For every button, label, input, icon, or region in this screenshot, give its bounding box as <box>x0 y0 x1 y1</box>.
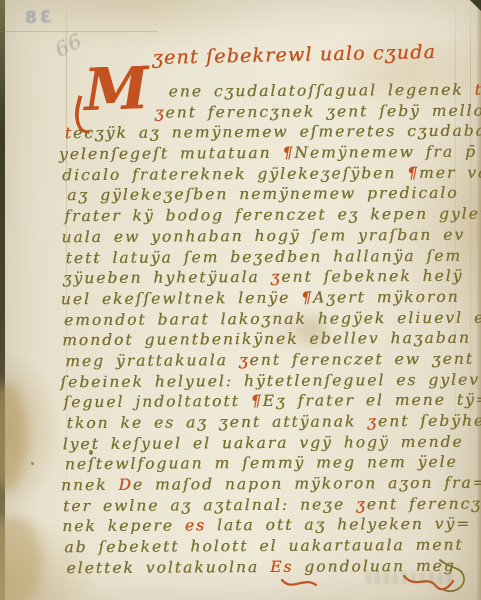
rubric-title: ʒent ſebekrewl ualo cʒuda <box>152 41 436 69</box>
text-line: mondot guentbenikÿnek ebellev haʒaban <box>62 329 460 352</box>
red-accent: ʒ <box>271 268 282 286</box>
text-line: neſtewlfoguan m ſemmÿ meg nem ÿele <box>65 453 461 476</box>
text-line: ſebeinek helyuel: hÿtetlenſeguel es gyle… <box>60 370 460 393</box>
ink-speck <box>31 462 34 465</box>
text-line: dicalo fratereknek gÿlekeʒeſÿben ¶mer va… <box>62 164 459 187</box>
bleed-through-ghost-text <box>366 572 452 584</box>
ruling-line <box>0 31 158 32</box>
text-line: nek kepere es lata ott aʒ helyeken vÿ= <box>62 515 461 538</box>
text-line: tecʒÿk aʒ nemÿnemew eſmeretes cʒudaban <box>65 122 459 145</box>
red-accent: D <box>118 476 133 494</box>
red-accent: ¶ <box>282 144 294 162</box>
page-left-edge <box>0 0 5 600</box>
stain <box>0 382 26 490</box>
text-line: tett latuÿa ſem beʒedben hallanÿa ſem <box>65 246 459 269</box>
text-line: uel ekeſſewltnek lenÿe ¶Aʒert mÿkoron <box>61 288 460 311</box>
red-accent: ʒ <box>239 351 250 369</box>
text-line: frater kÿ bodog ferenczet eʒ kepen gylew… <box>64 205 459 228</box>
text-line: ʒÿueben hyhetÿuala ʒent ſebeknek helÿ <box>63 267 460 290</box>
red-accent: ttes <box>475 80 481 98</box>
text-line: emondot barat lakoʒnak hegÿek eliuevl eʒ <box>64 308 460 331</box>
text-line: ter ewlne aʒ aʒtalnal: neʒe ʒent ferencʒ <box>63 495 461 518</box>
stamped-folio-number: 38 <box>22 7 52 28</box>
stain <box>0 516 42 600</box>
red-accent: ¶ <box>251 392 263 410</box>
red-accent: es <box>185 517 206 535</box>
text-line: nnek De maſod napon mÿkoron aʒon fra= <box>61 474 461 497</box>
text-line: uala ew yonhaban hogÿ ſem yraſban ev <box>61 226 459 249</box>
pencil-folio-number: 66 <box>51 28 86 62</box>
red-accent: ¶ <box>407 164 419 182</box>
red-accent: ʒ <box>155 103 166 121</box>
red-accent: ¶ <box>301 289 313 307</box>
red-accent: t <box>65 125 73 143</box>
manuscript-page: 38 66 ʒent ſebekrewl ualo cʒuda M ene cʒ… <box>0 0 481 600</box>
red-accent: ʒ <box>356 495 367 513</box>
red-accent: ʒ <box>367 412 378 430</box>
text-line: lyet keſyuel el uakara vgÿ hogÿ mende <box>63 432 461 455</box>
text-line: ab ſebekett holott el uakartauala ment <box>64 536 461 559</box>
text-line: tkon ke es aʒ ʒent attÿanak ʒent ſebÿhe= <box>67 412 461 435</box>
text-line: ſeguel jndoltatott ¶Eʒ frater el mene tÿ… <box>63 391 460 414</box>
text-line: ene cʒudalatoſſagual legenek ttes <box>168 81 458 103</box>
manuscript-text-block: ene cʒudalatoſſagual legenek ttesʒent fe… <box>58 81 461 580</box>
text-line: aʒ gÿlekeʒeſben nemÿnemew predicalo <box>67 184 459 207</box>
text-line: yelenſegeſt mutatuan ¶Nemÿnemew fra p̄ <box>59 143 459 166</box>
text-line: meg ÿrattakuala ʒent ferenczet ew ʒent <box>65 350 460 373</box>
text-line: ʒent ferencʒnek ʒent ſebÿ mellot: <box>155 101 459 124</box>
